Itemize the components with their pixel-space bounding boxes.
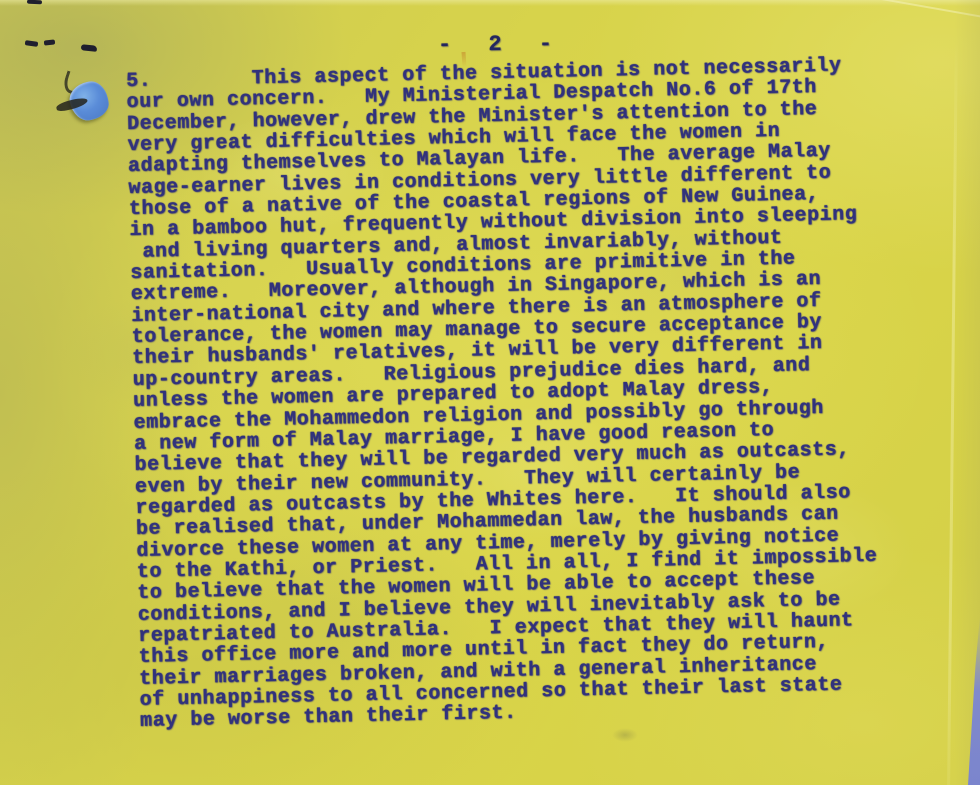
scanned-document-page: - 2 - 5. This aspect of the situation is… [0,0,980,785]
stray-ink-mark [44,39,55,45]
paper-sheet: - 2 - 5. This aspect of the situation is… [0,0,980,785]
stray-ink-mark [25,40,39,47]
paper-top-edge [0,0,980,6]
stray-ink-mark [27,0,42,4]
ink-smudge [612,728,638,742]
typewritten-text: 5. This aspect of the situation is not n… [126,54,920,733]
page-number: - 2 - [438,31,564,57]
stray-ink-mark [81,44,98,52]
